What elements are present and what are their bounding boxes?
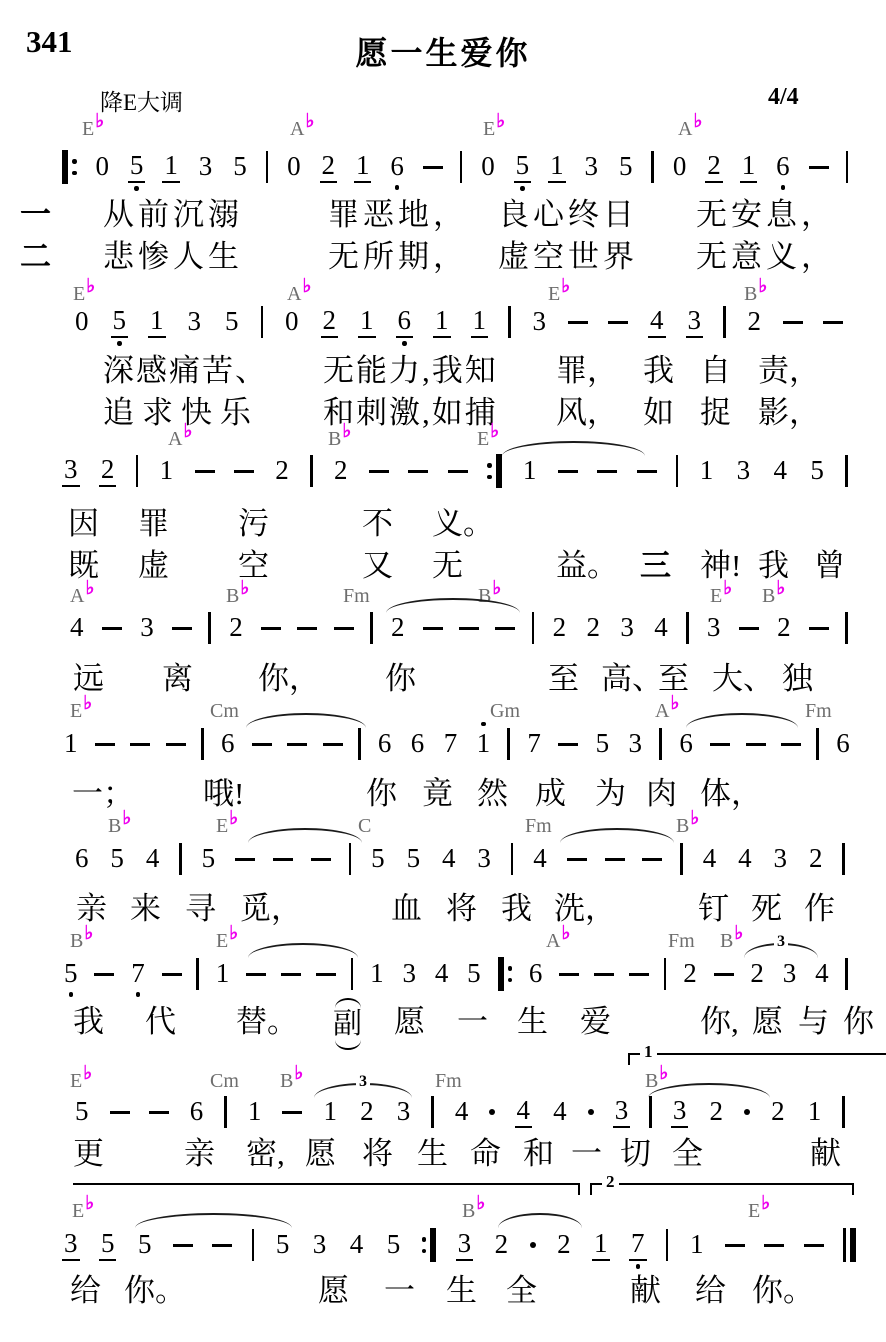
lyric-segment: 如 <box>643 394 674 433</box>
duration-dash <box>261 627 281 630</box>
lyric-segment: 你 <box>385 660 416 699</box>
ending-number: 2 <box>602 1172 619 1192</box>
note-digit: 0 <box>283 308 301 337</box>
chord-symbol: Fm <box>343 585 370 608</box>
flat-sign: ♭ <box>85 1193 94 1214</box>
chord-symbol: E♭ <box>82 118 104 141</box>
flat-sign: ♭ <box>723 578 732 599</box>
lyric-segment: 哦! <box>203 775 244 814</box>
note-digit: 3 <box>186 308 204 337</box>
note-digit: 1 <box>806 1098 824 1127</box>
chord-root: E <box>477 428 489 450</box>
note: 2 <box>585 614 603 643</box>
lyric-segment: 无安息， <box>696 196 836 235</box>
note: 2 <box>748 960 766 989</box>
barline <box>649 1096 652 1128</box>
rest: 0 <box>93 153 111 182</box>
duration-dash <box>637 470 657 473</box>
lyric-segment: 生 <box>417 1135 448 1174</box>
duration-dash <box>597 470 617 473</box>
note-digit: 4 <box>551 1098 569 1127</box>
duration-dash <box>804 1244 824 1247</box>
chord-root: A <box>70 585 84 607</box>
duration-dash <box>725 1244 745 1247</box>
note-digit: 0 <box>671 153 689 182</box>
flat-sign: ♭ <box>86 276 95 297</box>
chord-root: B <box>108 815 121 837</box>
note-digit: 4 <box>772 457 790 486</box>
note-digit: 5 <box>223 308 241 337</box>
note: 3 <box>772 845 790 874</box>
note: 1 <box>433 307 451 338</box>
note-digit: 1 <box>322 1098 340 1127</box>
duration-dash <box>281 973 301 976</box>
note-digit: 7 <box>442 730 460 759</box>
chord-symbol: E♭ <box>710 585 732 608</box>
note-digit: 3 <box>456 1230 474 1261</box>
duration-dash <box>408 470 428 473</box>
barline <box>666 1229 669 1261</box>
note-digit: 4 <box>68 614 86 643</box>
note: 4 <box>515 1097 533 1128</box>
note: 5 <box>62 960 80 989</box>
duration-dash <box>764 1244 784 1247</box>
note-digit: 2 <box>707 1098 725 1127</box>
lyric-segment: 愿 <box>394 1003 425 1042</box>
barline <box>252 1229 255 1261</box>
flat-sign: ♭ <box>496 111 505 132</box>
note: 2 <box>705 152 723 183</box>
note-digit: 1 <box>148 307 166 338</box>
note-digit: 6 <box>834 730 852 759</box>
note-digit: 3 <box>311 1231 329 1260</box>
note: 4 <box>652 614 670 643</box>
chord-symbol: B♭ <box>462 1200 485 1223</box>
duration-dash <box>823 321 843 324</box>
chord-root: B <box>744 283 757 305</box>
note-digit: 6 <box>388 153 406 182</box>
song-title: 愿一生爱你 <box>0 28 886 74</box>
chord-symbol: E♭ <box>216 930 238 953</box>
chord-symbol: B♭ <box>762 585 785 608</box>
flat-sign: ♭ <box>294 1063 303 1084</box>
duration-dash <box>746 743 766 746</box>
duration-dash <box>162 973 182 976</box>
note: 3 <box>138 614 156 643</box>
duration-dash <box>459 627 479 630</box>
lyric-segment: 独 <box>782 660 813 699</box>
note-digit: 3 <box>400 960 418 989</box>
chord-root: B <box>676 815 689 837</box>
flat-sign: ♭ <box>758 276 767 297</box>
note: 3 <box>62 456 80 487</box>
lyric-segment: 与 <box>798 1003 829 1042</box>
flat-sign: ♭ <box>83 693 92 714</box>
chord-root: Fm <box>343 585 370 607</box>
lyric-segment: 不 <box>362 505 393 544</box>
flat-sign: ♭ <box>240 578 249 599</box>
note-digit: 1 <box>62 730 80 759</box>
lyric-segment: 给 <box>70 1272 101 1311</box>
note-digit: 6 <box>677 730 695 759</box>
note-digit: 5 <box>594 730 612 759</box>
barline <box>370 612 373 644</box>
note: 1 <box>354 152 372 183</box>
note: 4 <box>813 960 831 989</box>
note: 5 <box>594 730 612 759</box>
note: 2 <box>358 1098 376 1127</box>
note: 1 <box>246 1098 264 1127</box>
duration-dash <box>252 743 272 746</box>
rest: 0 <box>671 153 689 182</box>
note-digit: 2 <box>769 1098 787 1127</box>
chord-root: B <box>226 585 239 607</box>
duration-dash <box>629 973 649 976</box>
note-digit: 0 <box>479 153 497 182</box>
duration-dash <box>282 1111 302 1114</box>
chord-root: E <box>710 585 722 607</box>
note-digit: 4 <box>144 845 162 874</box>
time-signature: 4/4 <box>768 84 799 111</box>
note-digit: 4 <box>440 845 458 874</box>
note-digit: 2 <box>705 152 723 183</box>
note: 2 <box>227 614 245 643</box>
duration-dash <box>710 743 730 746</box>
lyric-segment: 替。 <box>236 1003 298 1042</box>
barline <box>431 1096 434 1128</box>
chord-symbol: E♭ <box>70 1070 92 1093</box>
chord-symbol: E♭ <box>72 1200 94 1223</box>
note-digit: 3 <box>138 614 156 643</box>
note: 5 <box>136 1231 154 1260</box>
note: 2 <box>321 307 339 338</box>
lyric-segment: 虚 <box>138 547 169 586</box>
lyric-segment: 无意义， <box>696 238 836 277</box>
note-digit: 3 <box>475 845 493 874</box>
note-digit: 3 <box>583 153 601 182</box>
barline <box>224 1096 227 1128</box>
chord-root: E <box>70 700 82 722</box>
note-digit: 5 <box>369 845 387 874</box>
note-digit: 6 <box>376 730 394 759</box>
barline <box>179 843 182 875</box>
note-digit: 1 <box>214 960 232 989</box>
chord-symbol: E♭ <box>70 700 92 723</box>
chord-root: B <box>645 1070 658 1092</box>
note-digit: 3 <box>613 1097 631 1128</box>
note-digit: 1 <box>475 730 493 759</box>
note-digit: 6 <box>396 307 414 338</box>
note-digit: 5 <box>617 153 635 182</box>
chord-symbol: B♭ <box>70 930 93 953</box>
note-digit: 4 <box>736 845 754 874</box>
note-digit: 5 <box>465 960 483 989</box>
duration-dash <box>809 166 829 169</box>
note-digit: 2 <box>99 456 117 487</box>
note-digit: 0 <box>285 153 303 182</box>
lyric-segment: 成 <box>535 775 566 814</box>
note: 3 <box>627 730 645 759</box>
note-digit: 2 <box>358 1098 376 1127</box>
chord-symbol: C <box>358 815 371 838</box>
note: 3 <box>671 1097 689 1128</box>
duration-dash <box>739 627 759 630</box>
barline <box>686 612 689 644</box>
flat-sign: ♭ <box>476 1193 485 1214</box>
note: 3 <box>531 308 549 337</box>
chord-symbol: A♭ <box>290 118 314 141</box>
chord-root: Cm <box>210 700 239 722</box>
barline <box>664 958 667 990</box>
note-digit: 4 <box>531 845 549 874</box>
barline <box>680 843 683 875</box>
duration-dash <box>173 1244 193 1247</box>
note-digit: 3 <box>395 1098 413 1127</box>
duration-dash <box>102 627 122 630</box>
lyric-segment: 大、 <box>712 660 774 699</box>
lyric-segment: 体， <box>700 775 762 814</box>
note: 5 <box>223 308 241 337</box>
lyric-segment: 献 <box>630 1272 661 1311</box>
note: 6 <box>396 307 414 338</box>
note-digit: 5 <box>108 845 126 874</box>
music-line: 16667175366 <box>62 725 852 763</box>
lyric-segment: 一 <box>457 1003 488 1042</box>
chord-symbol: Cm <box>210 1070 239 1093</box>
flat-sign: ♭ <box>670 693 679 714</box>
chord-symbol: Fm <box>525 815 552 838</box>
lyric-segment: 血 <box>391 890 422 929</box>
lyric-segment: 更 <box>73 1135 104 1174</box>
verse-marker: 一 <box>20 196 51 235</box>
note: 1 <box>698 457 716 486</box>
flat-sign: ♭ <box>95 111 104 132</box>
lyric-segment: 献 <box>810 1135 841 1174</box>
note: 1 <box>62 730 80 759</box>
refrain-mark: 副 <box>333 998 362 1050</box>
duration-dash <box>642 858 662 861</box>
note-digit: 3 <box>531 308 549 337</box>
note: 1 <box>740 152 758 183</box>
chord-root: B <box>720 930 733 952</box>
note-digit: 1 <box>698 457 716 486</box>
duration-dash <box>316 973 336 976</box>
barline <box>208 612 211 644</box>
lyric-segment: 愿 <box>318 1272 349 1311</box>
chord-symbol: B♭ <box>108 815 131 838</box>
lyric-segment: 爱 <box>580 1003 611 1042</box>
duration-dash <box>234 470 254 473</box>
flat-sign: ♭ <box>492 578 501 599</box>
note: 6 <box>188 1098 206 1127</box>
lyric-segment: 追求快乐 <box>103 394 259 433</box>
note-digit: 3 <box>735 457 753 486</box>
duration-dash <box>714 973 734 976</box>
thick-bar <box>430 1228 436 1262</box>
barline <box>651 151 654 183</box>
note: 1 <box>214 960 232 989</box>
chord-root: E <box>70 1070 82 1092</box>
music-line: 051350216113432 <box>73 303 843 341</box>
rest: 0 <box>479 153 497 182</box>
note: 5 <box>808 457 826 486</box>
refrain-arc-top <box>335 998 361 1008</box>
duration-dash <box>212 1244 232 1247</box>
lyric-segment: 亲 <box>184 1135 215 1174</box>
lyric-segment: 肉 <box>646 775 677 814</box>
lyric-segment: 高、 <box>601 660 663 699</box>
chord-symbol: E♭ <box>748 1200 770 1223</box>
music-line: 56112344433221 <box>73 1093 845 1131</box>
note-digit: 1 <box>358 307 376 338</box>
note-digit: 5 <box>62 960 80 989</box>
chord-root: E <box>483 118 495 140</box>
barline <box>266 151 269 183</box>
lyric-segment: 我 <box>73 1003 104 1042</box>
chord-root: Cm <box>210 1070 239 1092</box>
chord-symbol: E♭ <box>216 815 238 838</box>
flat-sign: ♭ <box>776 578 785 599</box>
duration-dash <box>297 627 317 630</box>
note-digit: 5 <box>808 457 826 486</box>
note: 7 <box>525 730 543 759</box>
key-signature: 降E大调 <box>100 84 183 117</box>
note-digit: 4 <box>652 614 670 643</box>
lyric-segment: 深感痛苦、 <box>103 352 268 391</box>
note: 2 <box>332 457 350 486</box>
flat-sign: ♭ <box>490 421 499 442</box>
duration-dash <box>608 321 628 324</box>
note: 3 <box>186 308 204 337</box>
note: 3 <box>781 960 799 989</box>
note: 7 <box>442 730 460 759</box>
duration-dash <box>558 743 578 746</box>
note: 6 <box>834 730 852 759</box>
rest: 0 <box>73 308 91 337</box>
note-digit: 5 <box>99 1230 117 1261</box>
triplet-number: 3 <box>356 1073 370 1091</box>
ending-bracket: 1 <box>628 1053 886 1065</box>
duration-dash <box>605 858 625 861</box>
repeat-dots <box>487 463 492 479</box>
repeat-start-barline <box>498 957 513 991</box>
lyric-segment: 给 <box>695 1272 726 1311</box>
lyric-segment: 一 <box>571 1135 602 1174</box>
note: 6 <box>409 730 427 759</box>
note: 3 <box>686 307 704 338</box>
chord-root: Fm <box>805 700 832 722</box>
lyric-segment: 罪， <box>556 352 618 391</box>
note: 3 <box>583 153 601 182</box>
note-digit: 5 <box>136 1231 154 1260</box>
note-digit: 2 <box>332 457 350 486</box>
thick-bar <box>498 957 504 991</box>
note: 6 <box>376 730 394 759</box>
note: 1 <box>358 307 376 338</box>
note-digit: 1 <box>162 152 180 183</box>
note-digit: 5 <box>385 1231 403 1260</box>
note: 1 <box>368 960 386 989</box>
lyric-segment: 你， <box>258 660 320 699</box>
chord-root: Fm <box>435 1070 462 1092</box>
note: 5 <box>514 152 532 183</box>
note-digit: 3 <box>627 730 645 759</box>
thick-bar <box>850 1228 856 1262</box>
music-line: 6545554344432 <box>73 840 845 878</box>
chord-root: E <box>748 1200 760 1222</box>
note: 5 <box>617 153 635 182</box>
note-digit: 1 <box>471 307 489 338</box>
flat-sign: ♭ <box>183 421 192 442</box>
note: 1 <box>475 730 493 759</box>
barline <box>845 455 848 487</box>
note-digit: 2 <box>389 614 407 643</box>
note: 3 <box>735 457 753 486</box>
note-digit: 2 <box>555 1231 573 1260</box>
barline <box>511 843 514 875</box>
note-digit: 6 <box>188 1098 206 1127</box>
chord-root: E <box>73 283 85 305</box>
lyric-segment: 无能力,我知 <box>323 352 498 391</box>
rest: 0 <box>283 308 301 337</box>
lyric-segment: 无所期， <box>328 238 468 277</box>
note-digit: 3 <box>705 614 723 643</box>
lyric-segment: 钉 <box>698 890 729 929</box>
note: 2 <box>681 960 699 989</box>
barline <box>659 728 662 760</box>
chord-root: A <box>546 930 560 952</box>
lyric-segment: 将 <box>362 1135 393 1174</box>
chord-symbol: B♭ <box>280 1070 303 1093</box>
note-digit: 2 <box>493 1231 511 1260</box>
duration-dash <box>172 627 192 630</box>
chord-root: A <box>168 428 182 450</box>
lyric-segment: 愿 <box>752 1003 783 1042</box>
chord-root: E <box>72 1200 84 1222</box>
note: 5 <box>405 845 423 874</box>
duration-dash <box>195 470 215 473</box>
note: 4 <box>701 845 719 874</box>
augmentation-dot <box>588 1109 594 1115</box>
thick-bar <box>62 150 68 184</box>
note-digit: 4 <box>813 960 831 989</box>
chord-symbol: B♭ <box>328 428 351 451</box>
note: 1 <box>148 307 166 338</box>
lyric-segment: 代 <box>145 1003 176 1042</box>
note-digit: 7 <box>525 730 543 759</box>
note: 7 <box>129 960 147 989</box>
note-digit: 4 <box>433 960 451 989</box>
note: 1 <box>548 152 566 183</box>
repeat-end-barline <box>487 454 502 488</box>
note: 4 <box>736 845 754 874</box>
flat-sign: ♭ <box>84 923 93 944</box>
repeat-dots <box>72 159 77 175</box>
note-digit: 1 <box>354 152 372 183</box>
lyric-segment: 悲惨人生 <box>103 238 243 277</box>
music-line: 3212211345 <box>62 452 848 490</box>
note: 3 <box>400 960 418 989</box>
flat-sign: ♭ <box>302 276 311 297</box>
lyric-segment: 全 <box>672 1135 703 1174</box>
sheet-music-page: 341 愿一生爱你 降E大调 4/4 E♭A♭E♭A♭0513502160513… <box>0 0 886 1342</box>
note-digit: 2 <box>775 614 793 643</box>
chord-root: B <box>762 585 775 607</box>
duration-dash <box>781 743 801 746</box>
lyric-segment: 觅， <box>240 890 302 929</box>
flat-sign: ♭ <box>761 1193 770 1214</box>
barline <box>196 958 199 990</box>
